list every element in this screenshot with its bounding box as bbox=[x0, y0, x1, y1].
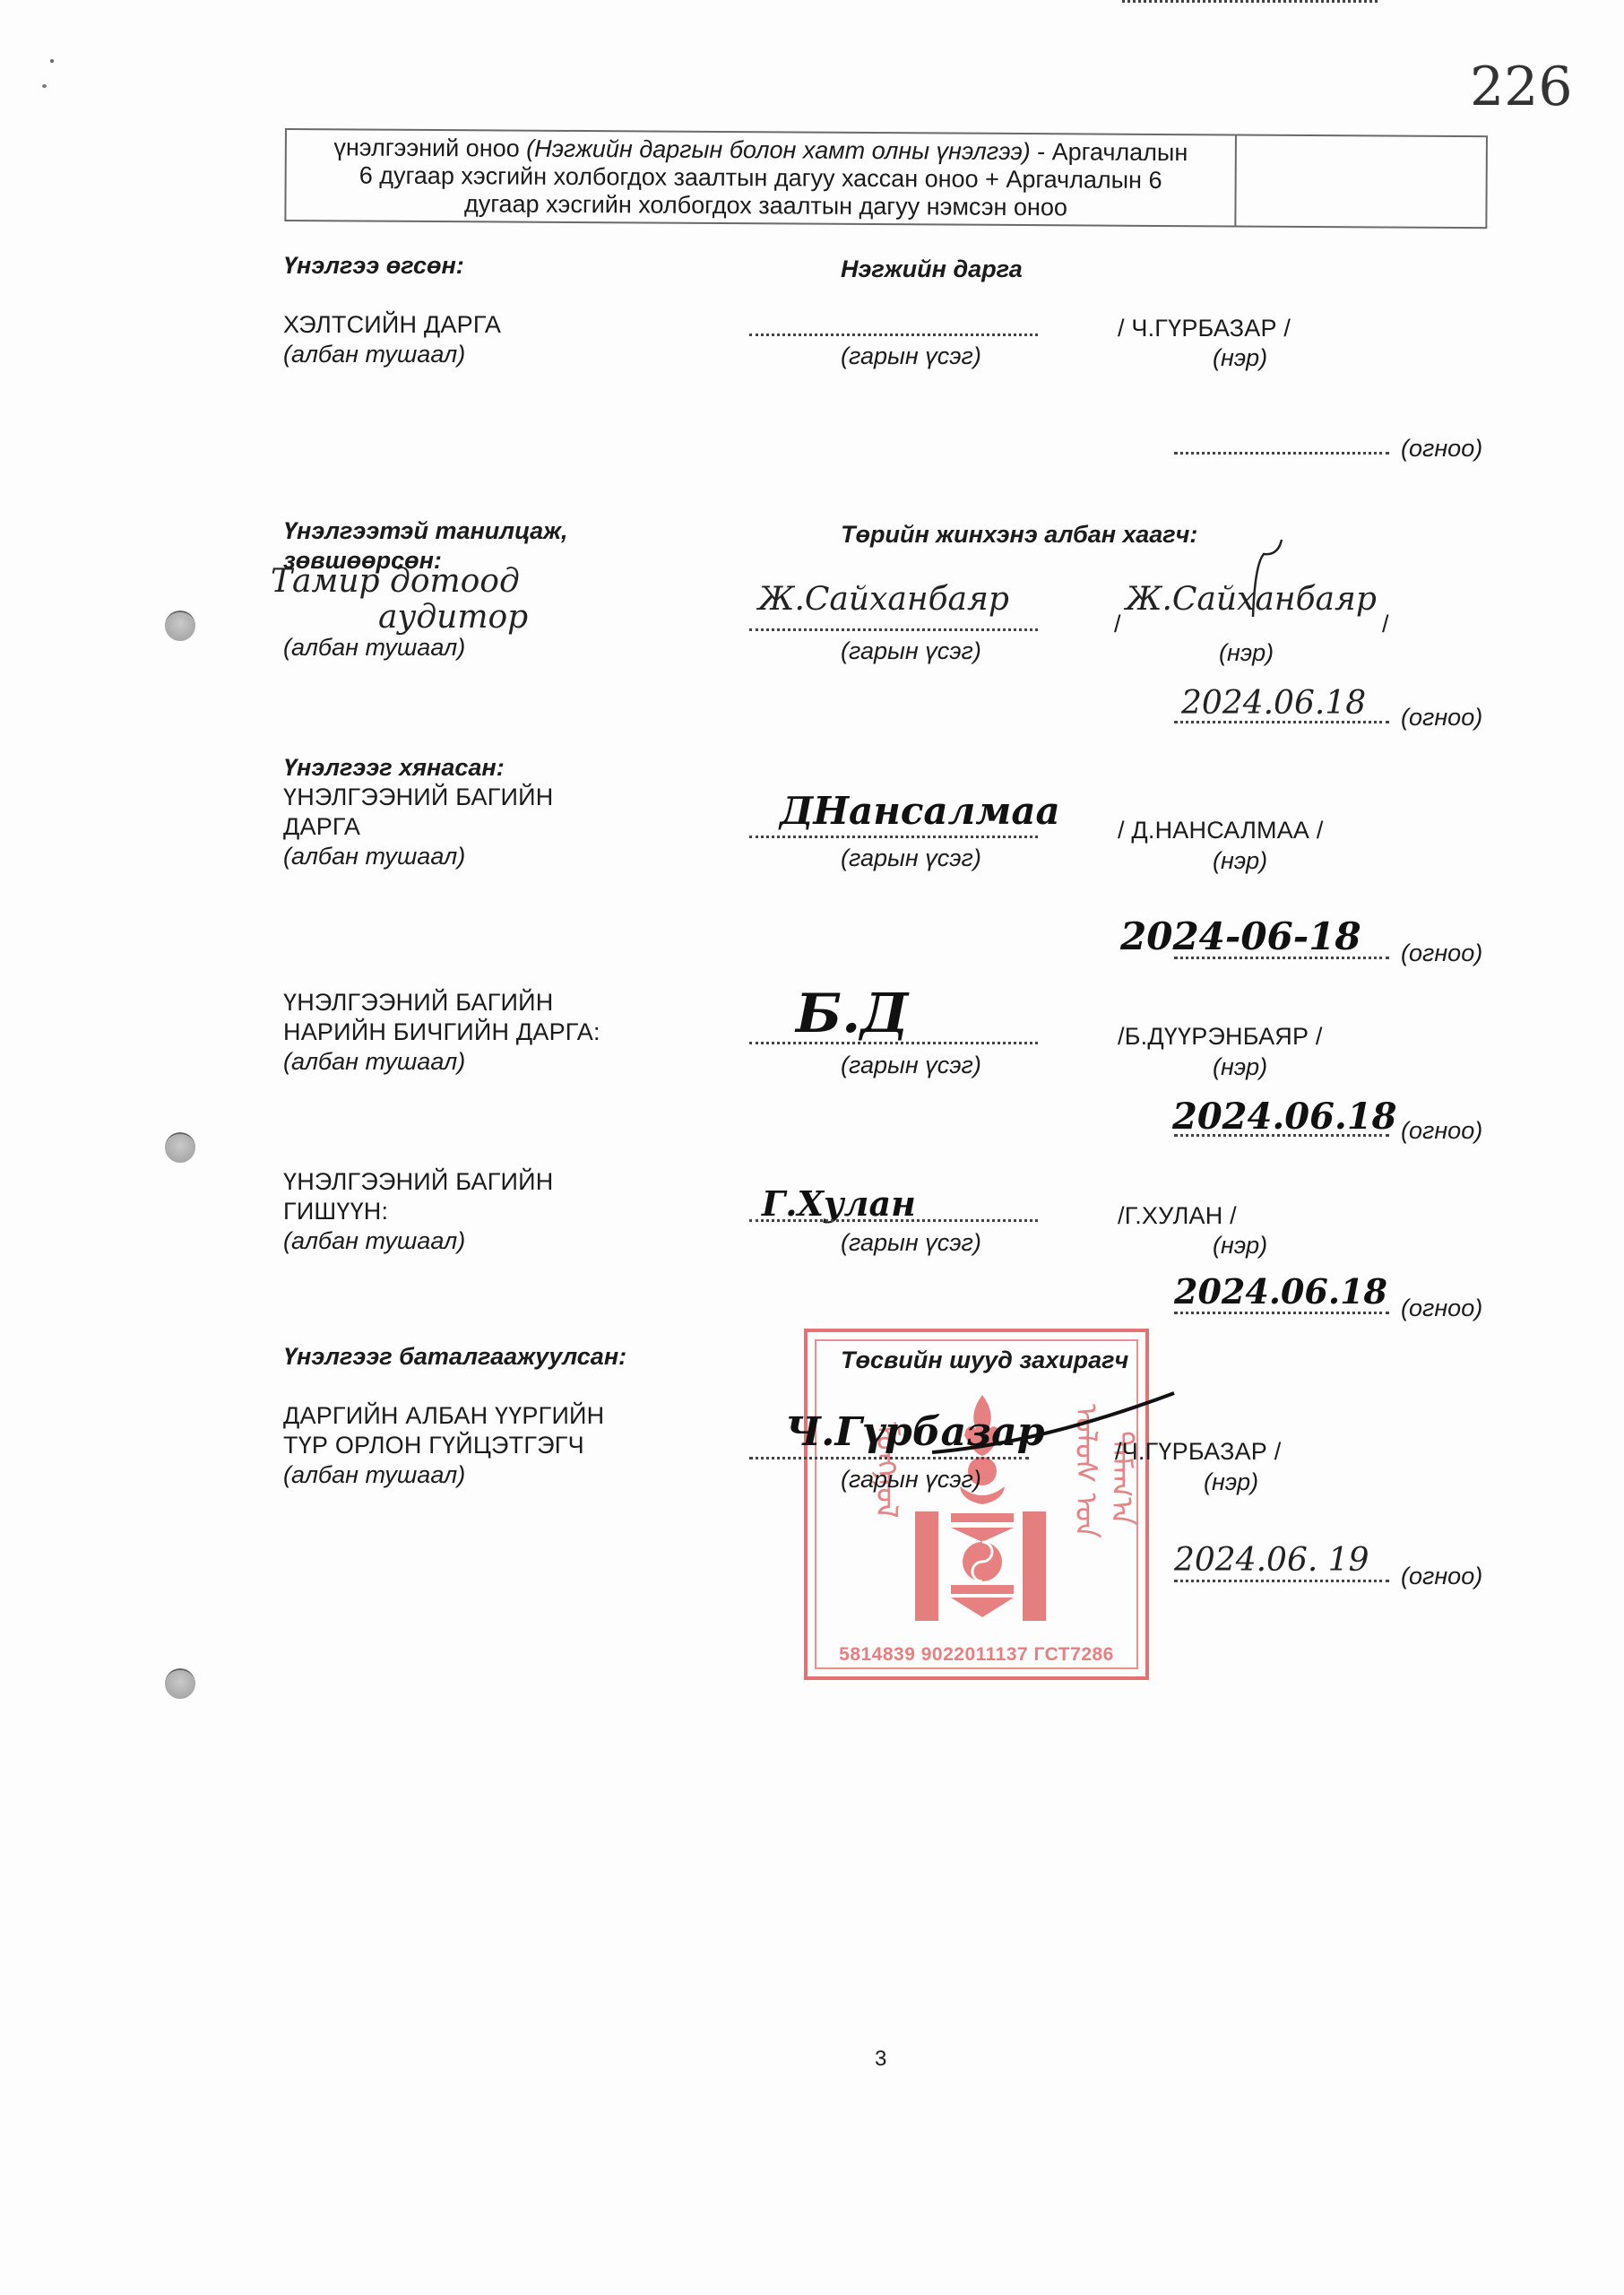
seal-registration-codes: 5814839 9022011137 ГСТ7286 bbox=[808, 1644, 1145, 1666]
position-text: ҮНЭЛГЭЭНИЙ БАГИЙН bbox=[283, 783, 553, 811]
handwritten-position: Тамир дотоод bbox=[271, 563, 520, 600]
name-text: / Ч.ГҮРБАЗАР / bbox=[1118, 314, 1291, 342]
name-text: /Ч.ГҮРБАЗАР / bbox=[1115, 1437, 1281, 1466]
signature-line bbox=[749, 1457, 1029, 1459]
signature: Б.Д bbox=[796, 983, 909, 1045]
name-label: (нэр) bbox=[1213, 343, 1267, 372]
handwritten-date: 2024-06-18 bbox=[1120, 914, 1361, 958]
name-suffix: / bbox=[1382, 610, 1389, 638]
date-line bbox=[1174, 452, 1389, 455]
page-number: 3 bbox=[875, 2047, 886, 2072]
signature: ДНансалмаа bbox=[780, 789, 1060, 833]
punch-hole bbox=[165, 1132, 195, 1163]
position-label: (албан тушаал) bbox=[283, 633, 465, 662]
signature-label: (гарын үсэг) bbox=[841, 844, 981, 872]
name-label: (нэр) bbox=[1204, 1468, 1258, 1496]
name-text: / Д.НАНСАЛМАА / bbox=[1118, 816, 1324, 844]
name-label: (нэр) bbox=[1219, 638, 1274, 667]
name-text: /Г.ХУЛАН / bbox=[1118, 1201, 1237, 1230]
date-line bbox=[1174, 957, 1389, 959]
position-label: (албан тушаал) bbox=[283, 1226, 465, 1255]
score-table: үнэлгээний оноо (Нэгжийн даргын болон ха… bbox=[284, 128, 1488, 229]
position-text: ДАРГИЙН АЛБАН ҮҮРГИЙН bbox=[283, 1401, 604, 1430]
soyombo-pillar-right bbox=[1023, 1511, 1046, 1621]
section-heading-acknowledged: Үнэлгээтэй танилцаж, bbox=[283, 516, 568, 545]
handwritten-date: 2024.06. 19 bbox=[1174, 1542, 1369, 1579]
position-label: (албан тушаал) bbox=[283, 1047, 465, 1076]
score-text-prefix: үнэлгээний оноо bbox=[333, 134, 526, 161]
score-text-suffix: - Аргачлалын bbox=[1031, 138, 1188, 166]
score-text-italic: (Нэгжийн даргын болон хамт олны үнэлгээ) bbox=[526, 135, 1031, 165]
name-prefix: / bbox=[1114, 610, 1121, 638]
position-text: ҮНЭЛГЭЭНИЙ БАГИЙН bbox=[283, 1167, 553, 1196]
section-heading-civil-servant: Төрийн жинхэнэ албан хаагч: bbox=[841, 520, 1197, 549]
signature-line bbox=[749, 333, 1038, 336]
signature-label: (гарын үсэг) bbox=[841, 1051, 981, 1079]
score-text-line2: 6 дугаар хэсгийн холбогдох заалтын дагуу… bbox=[287, 161, 1235, 195]
section-heading-budget-manager: Төсвийн шууд захирагч bbox=[841, 1346, 1128, 1374]
handwritten-date: 2024.06.18 bbox=[1172, 1096, 1397, 1138]
date-label: (огноо) bbox=[1401, 939, 1482, 967]
date-label: (огноо) bbox=[1401, 703, 1482, 732]
handwritten-page-number: 226 bbox=[1470, 56, 1573, 118]
score-value-cell bbox=[1236, 135, 1486, 227]
date-label: (огноо) bbox=[1401, 434, 1482, 463]
position-label: (албан тушаал) bbox=[283, 1460, 465, 1489]
score-description: үнэлгээний оноо (Нэгжийн даргын болон ха… bbox=[286, 134, 1235, 222]
position-label: (албан тушаал) bbox=[283, 340, 465, 368]
punch-hole bbox=[165, 611, 195, 641]
section-heading-evaluated-by: Үнэлгээ өгсөн: bbox=[283, 251, 464, 280]
scan-speck bbox=[42, 84, 47, 88]
date-line bbox=[1174, 1134, 1389, 1137]
position-text-2: ТҮР ОРЛОН ГҮЙЦЭТГЭГЧ bbox=[283, 1431, 584, 1459]
soyombo-pillar-left bbox=[915, 1511, 938, 1621]
signature: Г.Хулан bbox=[762, 1183, 916, 1224]
signature-flourish bbox=[1246, 538, 1291, 619]
date-line bbox=[1174, 1580, 1389, 1582]
signature-label: (гарын үсэг) bbox=[841, 1465, 981, 1494]
signature-label: (гарын үсэг) bbox=[841, 637, 981, 665]
score-text-line3: дугаар хэсгийн холбогдох заалтын дагуу н… bbox=[286, 189, 1234, 222]
signature-line bbox=[749, 628, 1038, 631]
handwritten-date: 2024.06.18 bbox=[1174, 1271, 1387, 1312]
handwritten-date: 2024.06.18 bbox=[1181, 685, 1366, 722]
punch-hole bbox=[165, 1668, 195, 1699]
date-line bbox=[1174, 1312, 1389, 1314]
section-heading-unit-head: Нэгжийн дарга bbox=[841, 255, 1023, 283]
name-label: (нэр) bbox=[1213, 1231, 1267, 1260]
position-text-2: ДАРГА bbox=[283, 812, 360, 841]
name-label: (нэр) bbox=[1213, 1052, 1267, 1081]
signature-line bbox=[749, 836, 1038, 838]
name-line bbox=[1122, 0, 1378, 3]
scan-speck bbox=[50, 59, 54, 63]
signature-line bbox=[749, 1042, 1038, 1044]
position-text: ХЭЛТСИЙН ДАРГА bbox=[283, 310, 501, 339]
official-seal: ᠮᠣᠩᠭᠣᠯ ᠤᠯᠤᠰ ᠤᠨ ᠲᠠᠮᠠᠭ᠎ᠠ 5814839 902201113… bbox=[804, 1329, 1149, 1680]
section-heading-approved: Үнэлгээг баталгаажуулсан: bbox=[283, 1342, 626, 1371]
position-text: ҮНЭЛГЭЭНИЙ БАГИЙН bbox=[283, 988, 553, 1017]
signature-line bbox=[749, 1219, 1038, 1222]
name-label: (нэр) bbox=[1213, 846, 1267, 875]
date-label: (огноо) bbox=[1401, 1294, 1482, 1322]
handwritten-position-2: аудитор bbox=[378, 599, 528, 636]
signature: Ж.Сайханбаяр bbox=[758, 581, 1009, 618]
signature-label: (гарын үсэг) bbox=[841, 342, 981, 370]
date-line bbox=[1174, 721, 1389, 723]
date-label: (огноо) bbox=[1401, 1562, 1482, 1590]
name-text: /Б.ДҮҮРЭНБАЯР / bbox=[1118, 1022, 1323, 1051]
section-heading-reviewed: Үнэлгээг хянасан: bbox=[283, 753, 505, 782]
signature-label: (гарын үсэг) bbox=[841, 1228, 981, 1257]
position-text-2: ГИШҮҮН: bbox=[283, 1197, 388, 1225]
position-label: (албан тушаал) bbox=[283, 842, 465, 870]
date-label: (огноо) bbox=[1401, 1116, 1482, 1145]
position-text-2: НАРИЙН БИЧГИЙН ДАРГА: bbox=[283, 1018, 600, 1046]
